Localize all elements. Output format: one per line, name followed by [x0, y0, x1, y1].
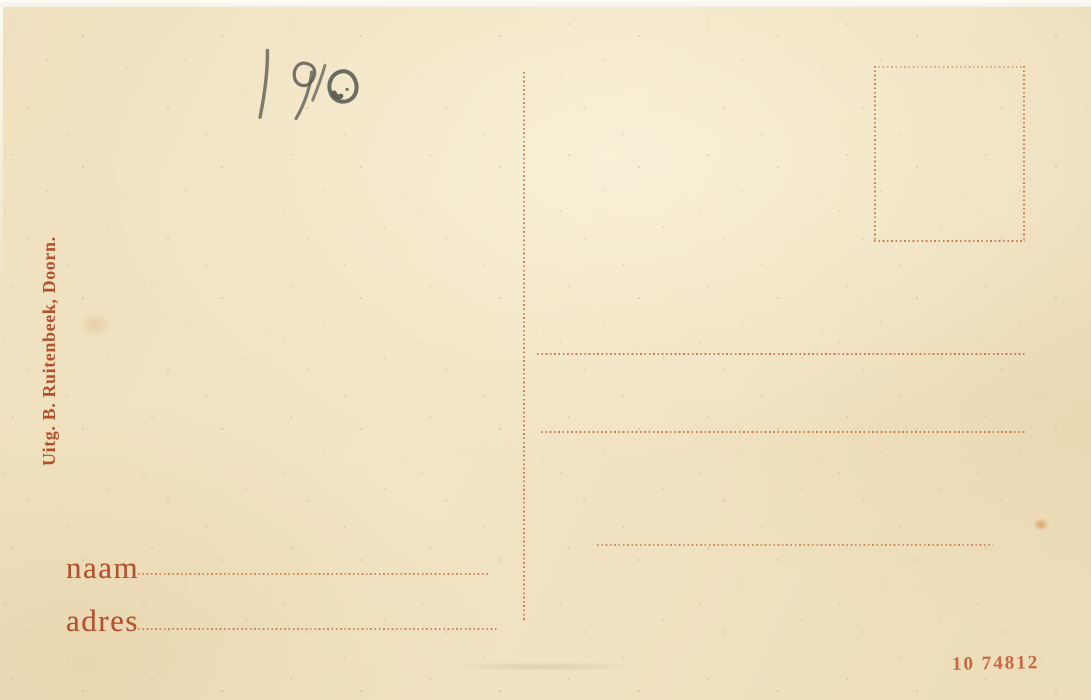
scan-edge-top	[0, 0, 1091, 7]
scanned-postcard-back: { "scan": { "year_annotation": "1910" },…	[0, 0, 1091, 700]
stamp-box-edge-bottom	[874, 240, 1025, 242]
handwritten-year	[250, 42, 370, 142]
dirt-streak-bottom	[455, 662, 630, 671]
name-field-dotted-line	[138, 573, 490, 575]
address-ruling-line-1	[537, 353, 1026, 355]
stain-spot-left	[78, 312, 112, 338]
name-field-label: naam	[66, 552, 139, 584]
stamp-box	[874, 66, 1025, 242]
address-ruling-line-3	[597, 544, 993, 546]
address-field-dotted-line	[138, 628, 497, 630]
stamp-box-edge-top	[874, 66, 1025, 68]
center-divider-line	[523, 72, 525, 620]
stamp-box-edge-right	[1023, 66, 1025, 242]
stain-spot-right	[1033, 518, 1049, 531]
publisher-imprint: Uitg. B. Ruitenbeek, Doorn.	[38, 234, 60, 466]
pencil-writing-icon	[250, 42, 370, 142]
postcard: Uitg. B. Ruitenbeek, Doorn. naam adres 1…	[0, 7, 1091, 700]
address-field-label: adres	[66, 605, 139, 637]
stamp-box-edge-left	[874, 66, 876, 242]
address-ruling-line-2	[541, 431, 1026, 433]
scan-edge-left	[0, 7, 3, 307]
serial-number: 10 74812	[952, 652, 1040, 676]
